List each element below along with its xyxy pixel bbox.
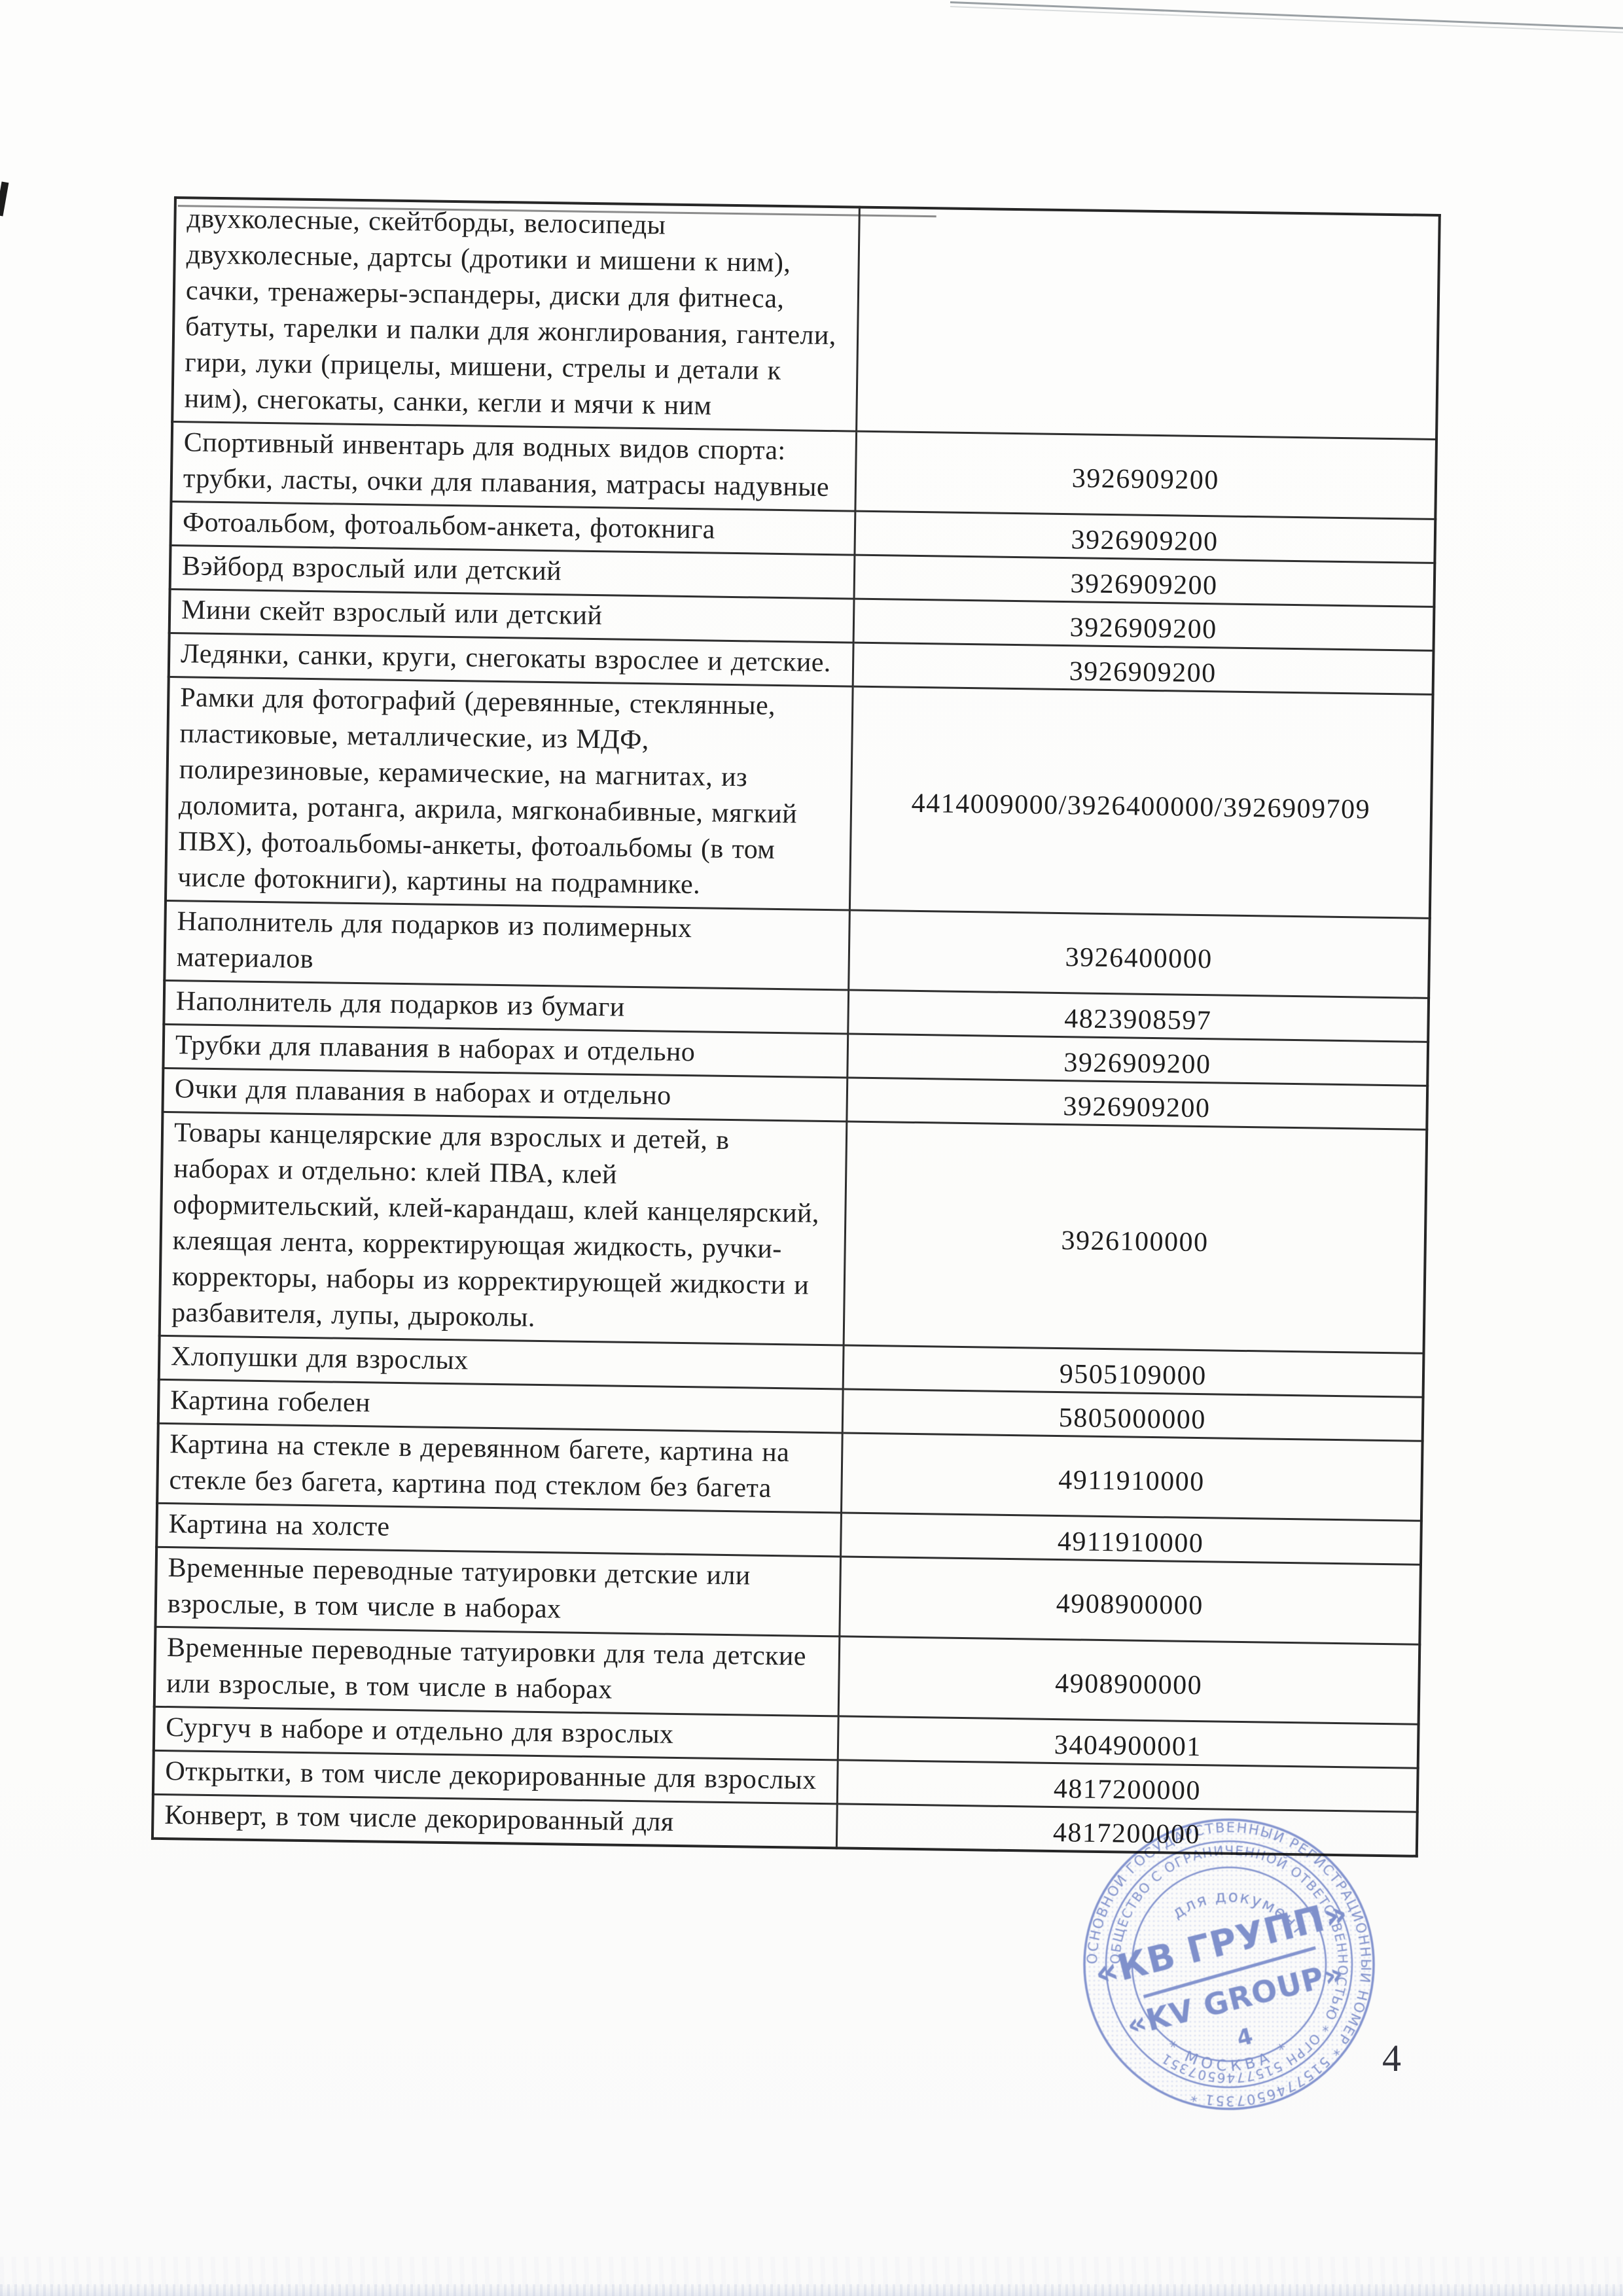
table-region: двухколесные, скейтборды, велосипеды дву…: [151, 196, 1438, 1858]
product-description: Наполнитель для подарков из полимерных м…: [164, 900, 849, 990]
customs-code-cell: 4823908597: [847, 990, 1429, 1042]
customs-code-cell: 3926100000: [844, 1122, 1427, 1353]
scan-artifact-diagonal-line-soft: [950, 6, 1623, 35]
customs-code-cell: 4817200000: [837, 1760, 1418, 1812]
scanned-document-page: двухколесные, скейтборды, велосипеды дву…: [0, 0, 1623, 2296]
customs-code: 4817200000: [1054, 1773, 1202, 1807]
product-description: Спортивный инвентарь для водных видов сп…: [171, 421, 856, 511]
scan-artifact-diagonal-line: [950, 1, 1623, 31]
bottom-scan-noise-soft: [0, 2257, 1623, 2287]
customs-code-cell: 3926909200: [846, 1078, 1427, 1129]
customs-code-cell: 3926400000: [848, 910, 1430, 998]
customs-code-cell: 3404900001: [838, 1716, 1419, 1768]
customs-code: 3926909200: [1071, 524, 1219, 557]
customs-code: 3926909200: [1063, 1091, 1211, 1124]
customs-code: 3404900001: [1054, 1729, 1202, 1763]
customs-code: 4823908597: [1064, 1003, 1212, 1036]
customs-code: 3926909200: [1070, 568, 1218, 601]
customs-code-cell: 4911910000: [840, 1513, 1421, 1564]
customs-code-cell: 3926909200: [853, 643, 1434, 694]
table-row: двухколесные, скейтборды, велосипеды дву…: [172, 198, 1440, 439]
product-description: Временные переводные татуировки для тела…: [154, 1627, 840, 1716]
codes-table-body: двухколесные, скейтборды, велосипеды дву…: [152, 198, 1440, 1856]
customs-code: 4908900000: [1056, 1588, 1204, 1621]
product-description: Товары канцелярские для взрослых и детей…: [160, 1112, 847, 1345]
table-row: Товары канцелярские для взрослых и детей…: [160, 1112, 1427, 1353]
customs-code: 3926909200: [1063, 1047, 1211, 1080]
customs-code-cell: [856, 207, 1440, 440]
product-description: Конверт, в том числе декорированный для: [152, 1794, 837, 1848]
scan-edge-mark: [0, 181, 9, 216]
customs-code: 4911910000: [1058, 1526, 1204, 1559]
codes-table: двухколесные, скейтборды, велосипеды дву…: [151, 196, 1441, 1858]
customs-code-cell: 3926909200: [854, 511, 1435, 563]
customs-code: 5805000000: [1058, 1402, 1206, 1436]
customs-code-cell: 4414009000/3926400000/3926909709: [849, 686, 1433, 918]
product-description: Картина на стекле в деревянном багете, к…: [157, 1423, 842, 1513]
customs-code-cell: 4908900000: [839, 1557, 1421, 1644]
page-number: 4: [1382, 2036, 1401, 2080]
customs-code-cell: 3926909200: [847, 1034, 1428, 1086]
customs-code: 3926909200: [1069, 656, 1217, 689]
company-stamp: ОСНОВНОЙ ГОСУДАРСТВЕННЫЙ РЕГИСТРАЦИОННЫЙ…: [1079, 1814, 1380, 2115]
customs-code: 3926100000: [1061, 1225, 1209, 1258]
bottom-scan-noise: [0, 2284, 1623, 2296]
customs-code-cell: 4911910000: [841, 1433, 1423, 1521]
customs-code: 4908900000: [1055, 1668, 1203, 1701]
customs-code-cell: 3926909200: [855, 431, 1436, 519]
customs-code: 3926909200: [1072, 463, 1220, 496]
customs-code: 3926909200: [1069, 612, 1217, 645]
customs-code-cell: 5805000000: [842, 1389, 1423, 1441]
customs-code-cell: 9505109000: [843, 1345, 1424, 1397]
customs-code: 3926400000: [1065, 942, 1213, 975]
product-description: Рамки для фотографий (деревянные, стекля…: [166, 677, 853, 910]
customs-code-cell: 3926909200: [854, 555, 1435, 607]
product-description: Временные переводные татуировки детские …: [155, 1547, 840, 1636]
customs-code-cell: 4908900000: [838, 1636, 1420, 1724]
customs-code: 9505109000: [1059, 1358, 1207, 1392]
customs-code: 4414009000/3926400000/3926909709: [911, 787, 1370, 825]
table-row: Рамки для фотографий (деревянные, стекля…: [166, 677, 1433, 918]
product-description: двухколесные, скейтборды, велосипеды дву…: [172, 198, 859, 431]
customs-code: 4911910000: [1058, 1464, 1205, 1498]
customs-code-cell: 3926909200: [853, 599, 1435, 650]
